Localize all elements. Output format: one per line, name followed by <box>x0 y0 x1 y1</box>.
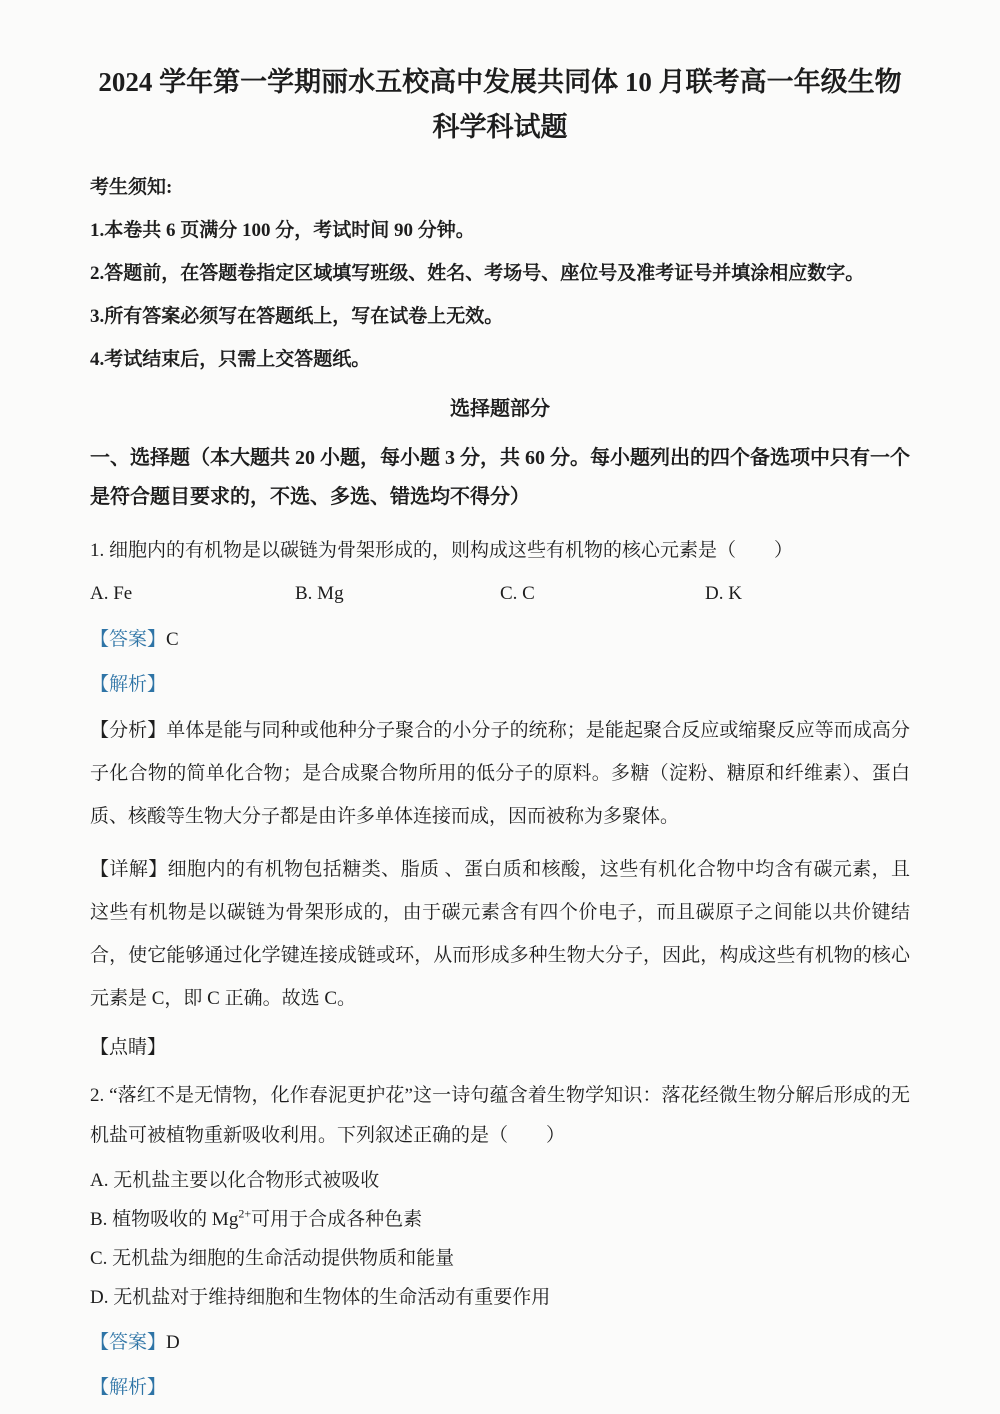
question-1-option-d: D. K <box>705 579 910 609</box>
option-c-text: C. 无机盐为细胞的生命活动提供物质和能量 <box>90 1248 454 1269</box>
section-part-title: 选择题部分 <box>90 395 910 423</box>
exam-paper-page: 2024 学年第一学期丽水五校高中发展共同体 10 月联考高一年级生物 科学科试… <box>0 0 1000 1414</box>
notice-item-2: 2.答题前，在答题卷指定区域填写班级、姓名、考场号、座位号及准考证号并填涂相应数… <box>90 261 910 287</box>
option-b-sup: 2+ <box>238 1207 251 1221</box>
question-2-answer-value: D <box>166 1332 180 1353</box>
question-2-option-c: C. 无机盐为细胞的生命活动提供物质和能量 <box>90 1245 910 1273</box>
option-b-post: 可用于合成各种色素 <box>251 1209 422 1230</box>
question-1-option-a: A. Fe <box>90 579 295 609</box>
page-title-line1: 2024 学年第一学期丽水五校高中发展共同体 10 月联考高一年级生物 <box>98 67 901 97</box>
question-1-stem: 1. 细胞内的有机物是以碳链为骨架形成的，则构成这些有机物的核心元素是（ ） <box>90 531 910 571</box>
analysis-label: 【解析】 <box>90 674 166 695</box>
page-title-line2: 科学科试题 <box>433 112 568 142</box>
question-group-heading: 一、选择题（本大题共 20 小题，每小题 3 分，共 60 分。每小题列出的四个… <box>90 439 910 517</box>
analysis-label: 【解析】 <box>90 1377 166 1398</box>
answer-label: 【答案】 <box>90 629 166 650</box>
question-1-option-c: C. C <box>500 579 705 609</box>
question-1-analysis-line: 【解析】 <box>90 671 910 699</box>
option-d-text: D. 无机盐对于维持细胞和生物体的生命活动有重要作用 <box>90 1287 550 1308</box>
question-1-analysis-paragraph: 【分析】单体是能与同种或他种分子聚合的小分子的统称；是能起聚合反应或缩聚反应等而… <box>90 709 910 838</box>
option-b-text: B. 植物吸收的 Mg <box>90 1209 238 1230</box>
question-2-analysis-line: 【解析】 <box>90 1374 910 1402</box>
question-2-answer-line: 【答案】D <box>90 1329 910 1357</box>
question-2-stem: 2. “落红不是无情物，化作春泥更护花”这一诗句蕴含着生物学知识：落花经微生物分… <box>90 1076 910 1156</box>
question-1-answer-value: C <box>166 629 179 650</box>
question-2-option-a: A. 无机盐主要以化合物形式被吸收 <box>90 1167 910 1195</box>
answer-label: 【答案】 <box>90 1332 166 1353</box>
notice-item-1: 1.本卷共 6 页满分 100 分，考试时间 90 分钟。 <box>90 218 910 244</box>
question-1-tip-label: 【点睛】 <box>90 1034 910 1062</box>
question-1-answer-line: 【答案】C <box>90 626 910 654</box>
question-1-options: A. Fe B. Mg C. C D. K <box>90 579 910 609</box>
page-title: 2024 学年第一学期丽水五校高中发展共同体 10 月联考高一年级生物 科学科试… <box>90 60 910 150</box>
question-2: 2. “落红不是无情物，化作春泥更护花”这一诗句蕴含着生物学知识：落花经微生物分… <box>90 1076 910 1402</box>
question-2-option-d: D. 无机盐对于维持细胞和生物体的生命活动有重要作用 <box>90 1284 910 1312</box>
notice-item-4: 4.考试结束后，只需上交答题纸。 <box>90 347 910 373</box>
question-1-detail-paragraph: 【详解】细胞内的有机物包括糖类、脂质 、蛋白质和核酸，这些有机化合物中均含有碳元… <box>90 848 910 1020</box>
question-2-option-b: B. 植物吸收的 Mg2+可用于合成各种色素 <box>90 1206 910 1234</box>
notice-heading: 考生须知: <box>90 175 910 201</box>
notice-item-3: 3.所有答案必须写在答题纸上，写在试卷上无效。 <box>90 304 910 330</box>
option-a-text: A. 无机盐主要以化合物形式被吸收 <box>90 1170 379 1191</box>
question-1: 1. 细胞内的有机物是以碳链为骨架形成的，则构成这些有机物的核心元素是（ ） A… <box>90 531 910 1062</box>
question-1-option-b: B. Mg <box>295 579 500 609</box>
